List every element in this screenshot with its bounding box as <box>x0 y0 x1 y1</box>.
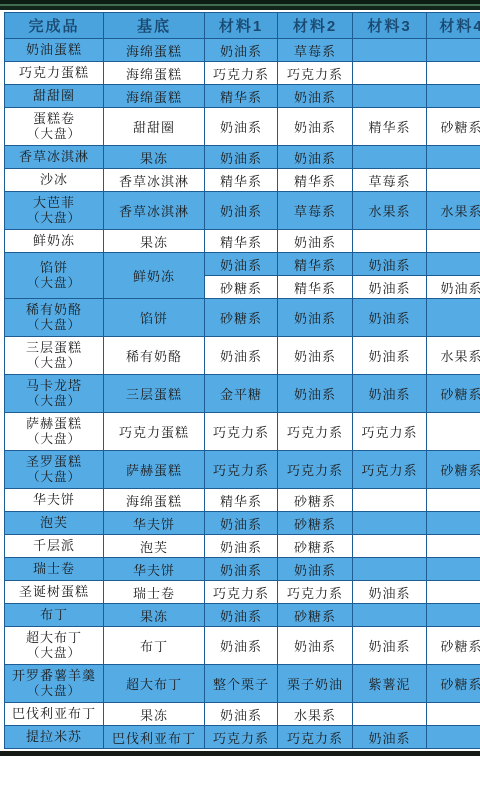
material-cell: 奶油系 <box>205 192 278 230</box>
base-cell: 萨赫蛋糕 <box>104 451 205 489</box>
product-cell: 开罗番薯羊羹（大盘） <box>5 665 104 703</box>
base-cell: 果冻 <box>104 230 205 253</box>
product-cell: 甜甜圈 <box>5 85 104 108</box>
product-name: 甜甜圈 <box>33 88 75 103</box>
material-cell: 草莓系 <box>278 192 353 230</box>
recipe-table-container: 完成品基底材料1材料2材料3材料4 奶油蛋糕海绵蛋糕奶油系草莓系巧克力蛋糕海绵蛋… <box>0 12 480 749</box>
product-name: 三层蛋糕 <box>26 340 82 355</box>
large-plate-note: （大盘） <box>6 684 102 700</box>
product-cell: 圣诞树蛋糕 <box>5 581 104 604</box>
base-cell: 巧克力蛋糕 <box>104 413 205 451</box>
product-name: 马卡龙塔 <box>26 378 82 393</box>
product-cell: 巴伐利亚布丁 <box>5 703 104 726</box>
recipe-row: 圣诞树蛋糕瑞士卷巧克力系巧克力系奶油系 <box>5 581 480 604</box>
base-cell: 果冻 <box>104 146 205 169</box>
product-name: 沙冰 <box>40 172 68 187</box>
material-cell <box>427 512 480 535</box>
material-cell: 奶油系 <box>205 604 278 627</box>
material-cell <box>427 726 480 749</box>
product-cell: 稀有奶酪（大盘） <box>5 299 104 337</box>
bottom-decorative-band <box>0 751 480 756</box>
product-name: 蛋糕卷 <box>33 111 75 126</box>
column-header: 基底 <box>104 13 205 39</box>
material-cell: 奶油系 <box>353 337 427 375</box>
large-plate-note: （大盘） <box>6 394 102 410</box>
material-cell: 精华系 <box>278 276 353 299</box>
product-name: 巧克力蛋糕 <box>19 65 89 80</box>
column-header: 材料3 <box>353 13 427 39</box>
base-cell: 海绵蛋糕 <box>104 489 205 512</box>
material-cell: 巧克力系 <box>353 451 427 489</box>
material-cell <box>427 85 480 108</box>
material-cell: 奶油系 <box>278 85 353 108</box>
recipe-row: 鲜奶冻果冻精华系奶油系 <box>5 230 480 253</box>
material-cell: 栗子奶油 <box>278 665 353 703</box>
material-cell: 巧克力系 <box>278 726 353 749</box>
material-cell: 巧克力系 <box>205 726 278 749</box>
material-cell: 奶油系 <box>353 299 427 337</box>
base-cell: 海绵蛋糕 <box>104 39 205 62</box>
large-plate-note: （大盘） <box>6 127 102 143</box>
base-cell: 果冻 <box>104 703 205 726</box>
base-cell: 果冻 <box>104 604 205 627</box>
product-cell: 巧克力蛋糕 <box>5 62 104 85</box>
base-cell: 海绵蛋糕 <box>104 85 205 108</box>
product-name: 提拉米苏 <box>26 729 82 744</box>
column-header: 材料4 <box>427 13 480 39</box>
recipe-row: 布丁果冻奶油系砂糖系 <box>5 604 480 627</box>
recipe-row: 圣罗蛋糕（大盘）萨赫蛋糕巧克力系巧克力系巧克力系砂糖系 <box>5 451 480 489</box>
base-cell: 瑞士卷 <box>104 581 205 604</box>
table-body: 奶油蛋糕海绵蛋糕奶油系草莓系巧克力蛋糕海绵蛋糕巧克力系巧克力系甜甜圈海绵蛋糕精华… <box>5 39 480 749</box>
product-name: 瑞士卷 <box>33 561 75 576</box>
recipe-row: 巴伐利亚布丁果冻奶油系水果系 <box>5 703 480 726</box>
material-cell: 奶油系 <box>205 703 278 726</box>
material-cell: 精华系 <box>205 489 278 512</box>
material-cell: 砂糖系 <box>278 512 353 535</box>
material-cell: 巧克力系 <box>353 413 427 451</box>
recipe-row: 马卡龙塔（大盘）三层蛋糕金平糖奶油系奶油系砂糖系 <box>5 375 480 413</box>
material-cell: 砂糖系 <box>427 451 480 489</box>
material-cell <box>427 413 480 451</box>
recipe-row: 提拉米苏巴伐利亚布丁巧克力系巧克力系奶油系 <box>5 726 480 749</box>
material-cell <box>353 604 427 627</box>
material-cell: 巧克力系 <box>278 451 353 489</box>
material-cell <box>353 703 427 726</box>
product-cell: 超大布丁（大盘） <box>5 627 104 665</box>
material-cell: 砂糖系 <box>278 489 353 512</box>
product-name: 华夫饼 <box>33 492 75 507</box>
material-cell <box>427 535 480 558</box>
material-cell: 奶油系 <box>205 39 278 62</box>
column-header: 材料2 <box>278 13 353 39</box>
product-cell: 布丁 <box>5 604 104 627</box>
material-cell <box>427 558 480 581</box>
material-cell: 奶油系 <box>278 146 353 169</box>
large-plate-note: （大盘） <box>6 646 102 662</box>
recipe-row: 馅饼（大盘）鲜奶冻奶油系精华系奶油系 <box>5 253 480 276</box>
material-cell <box>427 39 480 62</box>
base-cell: 鲜奶冻 <box>104 253 205 299</box>
column-header: 完成品 <box>5 13 104 39</box>
product-name: 超大布丁 <box>26 630 82 645</box>
material-cell: 奶油系 <box>205 337 278 375</box>
material-cell: 奶油系 <box>205 512 278 535</box>
recipe-row: 瑞士卷华夫饼奶油系奶油系 <box>5 558 480 581</box>
material-cell: 水果系 <box>278 703 353 726</box>
large-plate-note: （大盘） <box>6 470 102 486</box>
recipe-table: 完成品基底材料1材料2材料3材料4 奶油蛋糕海绵蛋糕奶油系草莓系巧克力蛋糕海绵蛋… <box>4 12 480 749</box>
base-cell: 巴伐利亚布丁 <box>104 726 205 749</box>
product-cell: 千层派 <box>5 535 104 558</box>
material-cell <box>427 169 480 192</box>
product-cell: 瑞士卷 <box>5 558 104 581</box>
material-cell: 奶油系 <box>353 276 427 299</box>
product-name: 圣罗蛋糕 <box>26 454 82 469</box>
header-row: 完成品基底材料1材料2材料3材料4 <box>5 13 480 39</box>
material-cell <box>353 39 427 62</box>
material-cell: 奶油系 <box>353 581 427 604</box>
recipe-row: 巧克力蛋糕海绵蛋糕巧克力系巧克力系 <box>5 62 480 85</box>
material-cell <box>353 85 427 108</box>
material-cell: 砂糖系 <box>427 108 480 146</box>
material-cell: 巧克力系 <box>205 413 278 451</box>
product-name: 开罗番薯羊羹 <box>12 668 96 683</box>
material-cell: 巧克力系 <box>205 581 278 604</box>
material-cell <box>427 62 480 85</box>
material-cell: 砂糖系 <box>278 604 353 627</box>
recipe-row: 稀有奶酪（大盘）馅饼砂糖系奶油系奶油系 <box>5 299 480 337</box>
recipe-row: 大芭菲（大盘）香草冰淇淋奶油系草莓系水果系水果系 <box>5 192 480 230</box>
material-cell: 紫薯泥 <box>353 665 427 703</box>
base-cell: 华夫饼 <box>104 558 205 581</box>
base-cell: 甜甜圈 <box>104 108 205 146</box>
material-cell <box>427 299 480 337</box>
base-cell: 海绵蛋糕 <box>104 62 205 85</box>
recipe-row: 三层蛋糕（大盘）稀有奶酪奶油系奶油系奶油系水果系 <box>5 337 480 375</box>
material-cell: 精华系 <box>205 230 278 253</box>
base-cell: 馅饼 <box>104 299 205 337</box>
material-cell: 精华系 <box>353 108 427 146</box>
product-name: 鲜奶冻 <box>33 233 75 248</box>
table-header-row: 完成品基底材料1材料2材料3材料4 <box>5 13 480 39</box>
material-cell: 砂糖系 <box>278 535 353 558</box>
recipe-row: 开罗番薯羊羹（大盘）超大布丁整个栗子栗子奶油紫薯泥砂糖系 <box>5 665 480 703</box>
recipe-row: 萨赫蛋糕（大盘）巧克力蛋糕巧克力系巧克力系巧克力系 <box>5 413 480 451</box>
material-cell <box>427 489 480 512</box>
material-cell: 砂糖系 <box>427 665 480 703</box>
material-cell: 巧克力系 <box>205 451 278 489</box>
large-plate-note: （大盘） <box>6 356 102 372</box>
column-header: 材料1 <box>205 13 278 39</box>
product-cell: 鲜奶冻 <box>5 230 104 253</box>
material-cell: 奶油系 <box>353 627 427 665</box>
material-cell: 奶油系 <box>353 726 427 749</box>
material-cell: 砂糖系 <box>205 276 278 299</box>
product-name: 巴伐利亚布丁 <box>12 706 96 721</box>
product-name: 泡芙 <box>40 515 68 530</box>
material-cell: 奶油系 <box>205 627 278 665</box>
material-cell: 奶油系 <box>205 558 278 581</box>
material-cell: 奶油系 <box>278 299 353 337</box>
base-cell: 布丁 <box>104 627 205 665</box>
product-name: 萨赫蛋糕 <box>26 416 82 431</box>
material-cell: 精华系 <box>205 85 278 108</box>
material-cell <box>427 581 480 604</box>
base-cell: 华夫饼 <box>104 512 205 535</box>
material-cell: 整个栗子 <box>205 665 278 703</box>
product-name: 馅饼 <box>40 260 68 275</box>
material-cell: 巧克力系 <box>278 62 353 85</box>
recipe-row: 蛋糕卷（大盘）甜甜圈奶油系奶油系精华系砂糖系 <box>5 108 480 146</box>
base-cell: 稀有奶酪 <box>104 337 205 375</box>
material-cell: 奶油系 <box>278 627 353 665</box>
recipe-row: 香草冰淇淋果冻奶油系奶油系 <box>5 146 480 169</box>
product-name: 香草冰淇淋 <box>19 149 89 164</box>
base-cell: 超大布丁 <box>104 665 205 703</box>
product-name: 千层派 <box>33 538 75 553</box>
recipe-row: 甜甜圈海绵蛋糕精华系奶油系 <box>5 85 480 108</box>
product-cell: 马卡龙塔（大盘） <box>5 375 104 413</box>
material-cell <box>353 146 427 169</box>
material-cell: 奶油系 <box>427 276 480 299</box>
material-cell: 砂糖系 <box>427 375 480 413</box>
material-cell: 水果系 <box>353 192 427 230</box>
material-cell <box>427 253 480 276</box>
material-cell <box>427 703 480 726</box>
large-plate-note: （大盘） <box>6 211 102 227</box>
product-cell: 泡芙 <box>5 512 104 535</box>
product-cell: 大芭菲（大盘） <box>5 192 104 230</box>
base-cell: 香草冰淇淋 <box>104 192 205 230</box>
base-cell: 香草冰淇淋 <box>104 169 205 192</box>
large-plate-note: （大盘） <box>6 432 102 448</box>
material-cell: 奶油系 <box>353 253 427 276</box>
product-cell: 沙冰 <box>5 169 104 192</box>
product-name: 圣诞树蛋糕 <box>19 584 89 599</box>
material-cell <box>353 535 427 558</box>
product-name: 稀有奶酪 <box>26 302 82 317</box>
recipe-row: 沙冰香草冰淇淋精华系精华系草莓系 <box>5 169 480 192</box>
material-cell: 巧克力系 <box>205 62 278 85</box>
material-cell <box>353 558 427 581</box>
material-cell <box>353 489 427 512</box>
product-cell: 萨赫蛋糕（大盘） <box>5 413 104 451</box>
large-plate-note: （大盘） <box>6 318 102 334</box>
recipe-row: 华夫饼海绵蛋糕精华系砂糖系 <box>5 489 480 512</box>
material-cell: 草莓系 <box>353 169 427 192</box>
recipe-row: 千层派泡芙奶油系砂糖系 <box>5 535 480 558</box>
material-cell: 巧克力系 <box>278 413 353 451</box>
material-cell: 精华系 <box>278 169 353 192</box>
product-cell: 香草冰淇淋 <box>5 146 104 169</box>
material-cell <box>353 62 427 85</box>
material-cell: 奶油系 <box>278 337 353 375</box>
material-cell: 精华系 <box>278 253 353 276</box>
material-cell: 奶油系 <box>205 108 278 146</box>
material-cell: 砂糖系 <box>205 299 278 337</box>
material-cell: 水果系 <box>427 337 480 375</box>
product-cell: 圣罗蛋糕（大盘） <box>5 451 104 489</box>
material-cell: 奶油系 <box>278 558 353 581</box>
material-cell: 奶油系 <box>205 253 278 276</box>
product-cell: 华夫饼 <box>5 489 104 512</box>
material-cell: 奶油系 <box>278 375 353 413</box>
material-cell: 精华系 <box>205 169 278 192</box>
material-cell: 砂糖系 <box>427 627 480 665</box>
product-cell: 三层蛋糕（大盘） <box>5 337 104 375</box>
recipe-row: 超大布丁（大盘）布丁奶油系奶油系奶油系砂糖系 <box>5 627 480 665</box>
material-cell <box>427 146 480 169</box>
base-cell: 三层蛋糕 <box>104 375 205 413</box>
material-cell: 奶油系 <box>278 230 353 253</box>
material-cell: 金平糖 <box>205 375 278 413</box>
material-cell: 奶油系 <box>205 146 278 169</box>
material-cell: 奶油系 <box>205 535 278 558</box>
material-cell <box>353 512 427 535</box>
product-cell: 蛋糕卷（大盘） <box>5 108 104 146</box>
material-cell: 巧克力系 <box>278 581 353 604</box>
product-cell: 馅饼（大盘） <box>5 253 104 299</box>
material-cell: 奶油系 <box>278 108 353 146</box>
product-name: 奶油蛋糕 <box>26 42 82 57</box>
product-name: 布丁 <box>40 607 68 622</box>
large-plate-note: （大盘） <box>6 276 102 292</box>
material-cell: 草莓系 <box>278 39 353 62</box>
product-cell: 奶油蛋糕 <box>5 39 104 62</box>
material-cell <box>427 230 480 253</box>
material-cell <box>427 604 480 627</box>
base-cell: 泡芙 <box>104 535 205 558</box>
product-cell: 提拉米苏 <box>5 726 104 749</box>
recipe-row: 泡芙华夫饼奶油系砂糖系 <box>5 512 480 535</box>
product-name: 大芭菲 <box>33 195 75 210</box>
material-cell: 水果系 <box>427 192 480 230</box>
recipe-row: 奶油蛋糕海绵蛋糕奶油系草莓系 <box>5 39 480 62</box>
material-cell: 奶油系 <box>353 375 427 413</box>
top-decorative-band <box>0 0 480 10</box>
material-cell <box>353 230 427 253</box>
